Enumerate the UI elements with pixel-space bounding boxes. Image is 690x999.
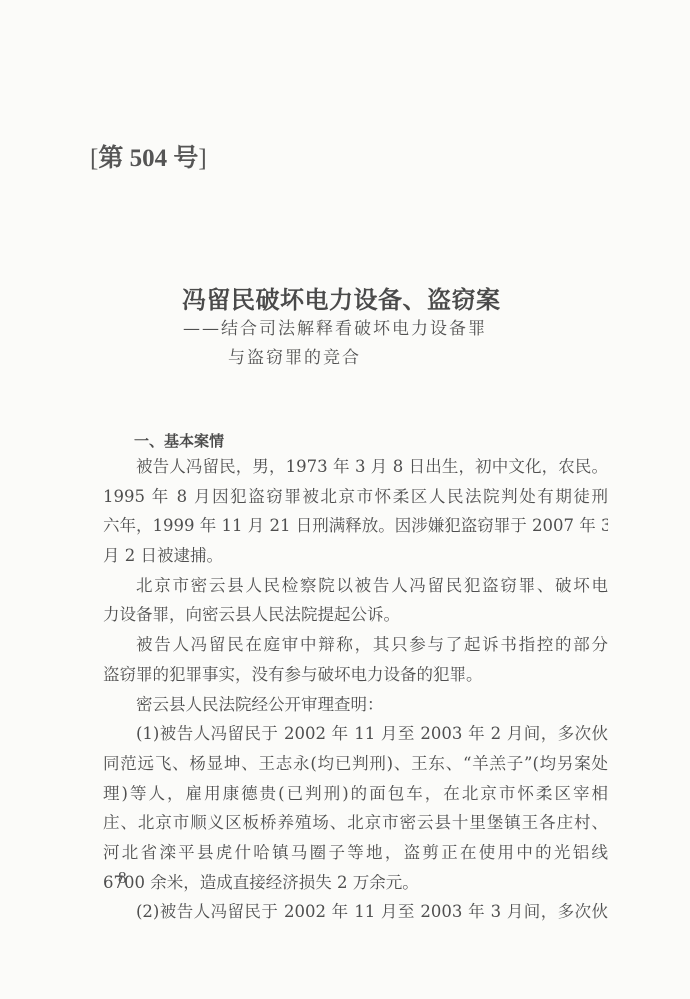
body-text: 被告人冯留民，男，1973 年 3 月 8 日出生，初中文化，农民。 1995 … xyxy=(103,452,608,927)
case-number: [第 504 号] xyxy=(90,138,207,174)
text-line: 北京市密云县人民检察院以被告人冯留民犯盗窃罪、破坏电 xyxy=(103,571,608,601)
text-line: 力设备罪，向密云县人民法院提起公诉。 xyxy=(103,600,608,630)
section-heading: 一、基本案情 xyxy=(134,430,224,451)
case-number-label: 第 504 号 xyxy=(98,145,198,172)
text-line: 庄、北京市顺义区板桥养殖场、北京市密云县十里堡镇王各庄村、 xyxy=(103,808,608,838)
case-title: 冯留民破坏电力设备、盗窃案 xyxy=(182,280,501,315)
subtitle-line-2: 与盗窃罪的竞合 xyxy=(228,343,361,368)
text-line: 1995 年 8 月因犯盗窃罪被北京市怀柔区人民法院判处有期徒刑 xyxy=(103,482,608,512)
text-line: 被告人冯留民在庭审中辩称，其只参与了起诉书指控的部分 xyxy=(103,630,608,660)
text-line: 六年，1999 年 11 月 21 日刑满释放。因涉嫌犯盗窃罪于 2007 年 … xyxy=(103,511,608,541)
subtitle-line-1: ——结合司法解释看破坏电力设备罪 xyxy=(183,314,487,339)
text-line: (2)被告人冯留民于 2002 年 11 月至 2003 年 3 月间，多次伙 xyxy=(103,897,608,927)
text-line: 被告人冯留民，男，1973 年 3 月 8 日出生，初中文化，农民。 xyxy=(103,452,608,482)
text-line: (1)被告人冯留民于 2002 年 11 月至 2003 年 2 月间，多次伙 xyxy=(103,719,608,749)
close-bracket: ] xyxy=(198,145,206,172)
text-line: 6700 余米，造成直接经济损失 2 万余元。 xyxy=(103,868,608,898)
text-line: 理)等人，雇用康德贵(已判刑)的面包车，在北京市怀柔区宰相 xyxy=(103,779,608,809)
text-line: 密云县人民法院经公开审理查明： xyxy=(103,690,608,720)
text-line: 河北省滦平县虎什哈镇马圈子等地，盗剪正在使用中的光铝线 xyxy=(103,838,608,868)
text-line: 月 2 日被逮捕。 xyxy=(103,541,608,571)
text-line: 盗窃罪的犯罪事实，没有参与破坏电力设备的犯罪。 xyxy=(103,660,608,690)
text-line: 同范远飞、杨显坤、王志永(均已判刑)、王东、“羊羔子”(均另案处 xyxy=(103,749,608,779)
page-number: 8 xyxy=(118,868,127,888)
